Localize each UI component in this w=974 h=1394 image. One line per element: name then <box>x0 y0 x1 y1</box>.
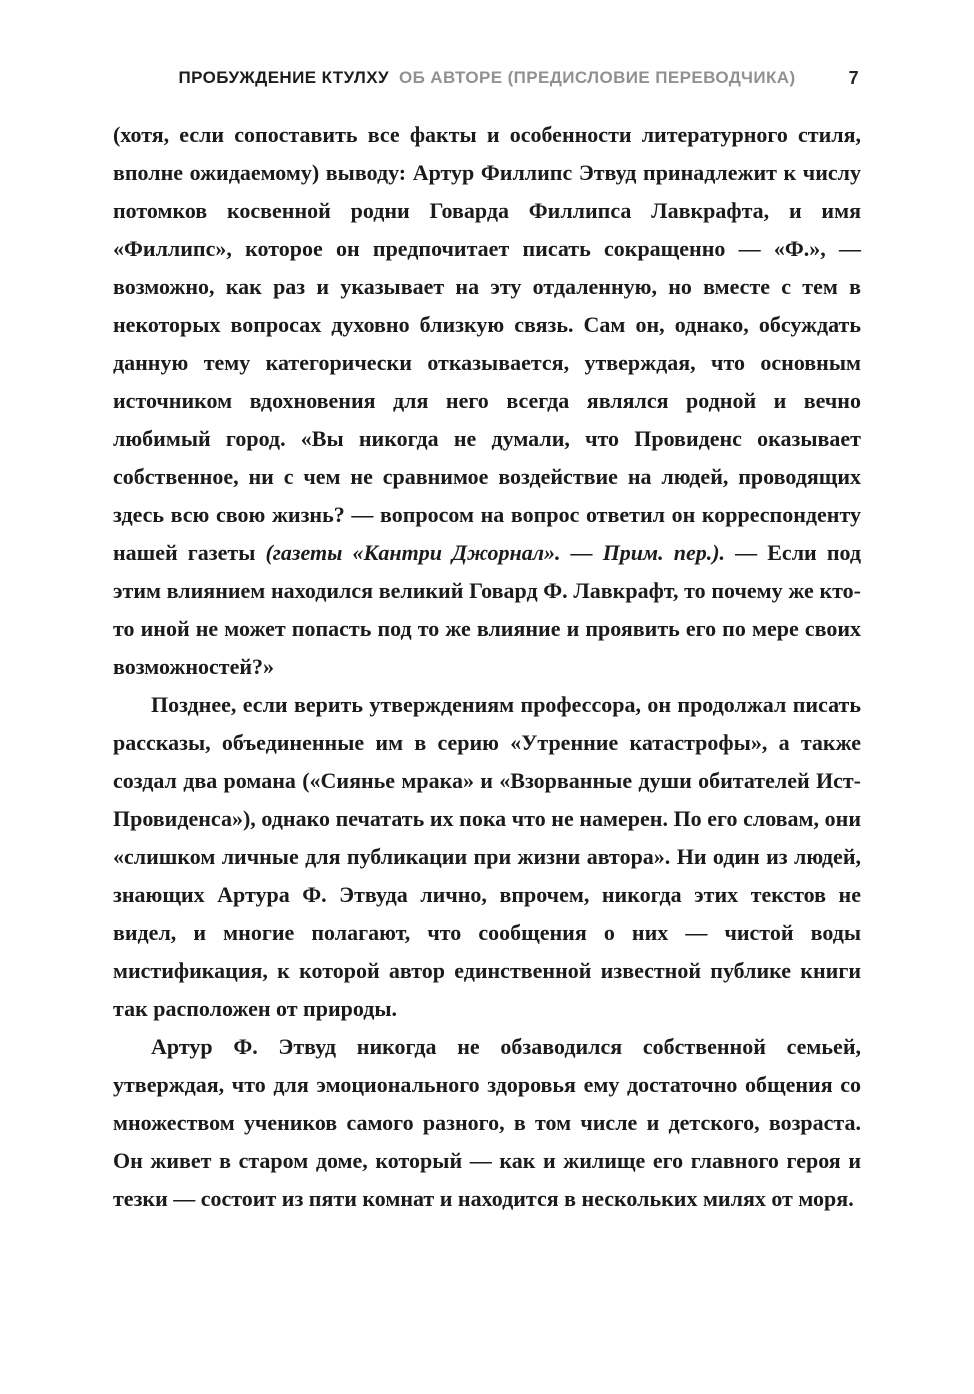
book-title: ПРОБУЖДЕНИЕ КТУЛХУ <box>178 68 388 88</box>
page-body: (хотя, если сопоставить все факты и особ… <box>113 116 861 1218</box>
running-head-titles: ПРОБУЖДЕНИЕ КТУЛХУ ОБ АВТОРЕ (ПРЕДИСЛОВИ… <box>178 68 795 88</box>
paragraph-text: Артур Ф. Этвуд никогда не обзаводился со… <box>113 1034 861 1211</box>
chapter-title: ОБ АВТОРЕ (ПРЕДИСЛОВИЕ ПЕРЕВОДЧИКА) <box>399 68 796 88</box>
paragraph-text: Позднее, если верить утверждениям профес… <box>113 692 861 1021</box>
running-head: ПРОБУЖДЕНИЕ КТУЛХУ ОБ АВТОРЕ (ПРЕДИСЛОВИ… <box>113 68 861 92</box>
paragraph: Позднее, если верить утверждениям профес… <box>113 686 861 1028</box>
page-number: 7 <box>849 68 859 89</box>
translator-note-italic: (газеты «Кантри Джорнал». — Прим. пер.). <box>265 540 725 565</box>
paragraph: (хотя, если сопоставить все факты и особ… <box>113 116 861 686</box>
paragraph-text: (хотя, если сопоставить все факты и особ… <box>113 122 861 565</box>
book-page: ПРОБУЖДЕНИЕ КТУЛХУ ОБ АВТОРЕ (ПРЕДИСЛОВИ… <box>0 0 974 1394</box>
paragraph: Артур Ф. Этвуд никогда не обзаводился со… <box>113 1028 861 1218</box>
